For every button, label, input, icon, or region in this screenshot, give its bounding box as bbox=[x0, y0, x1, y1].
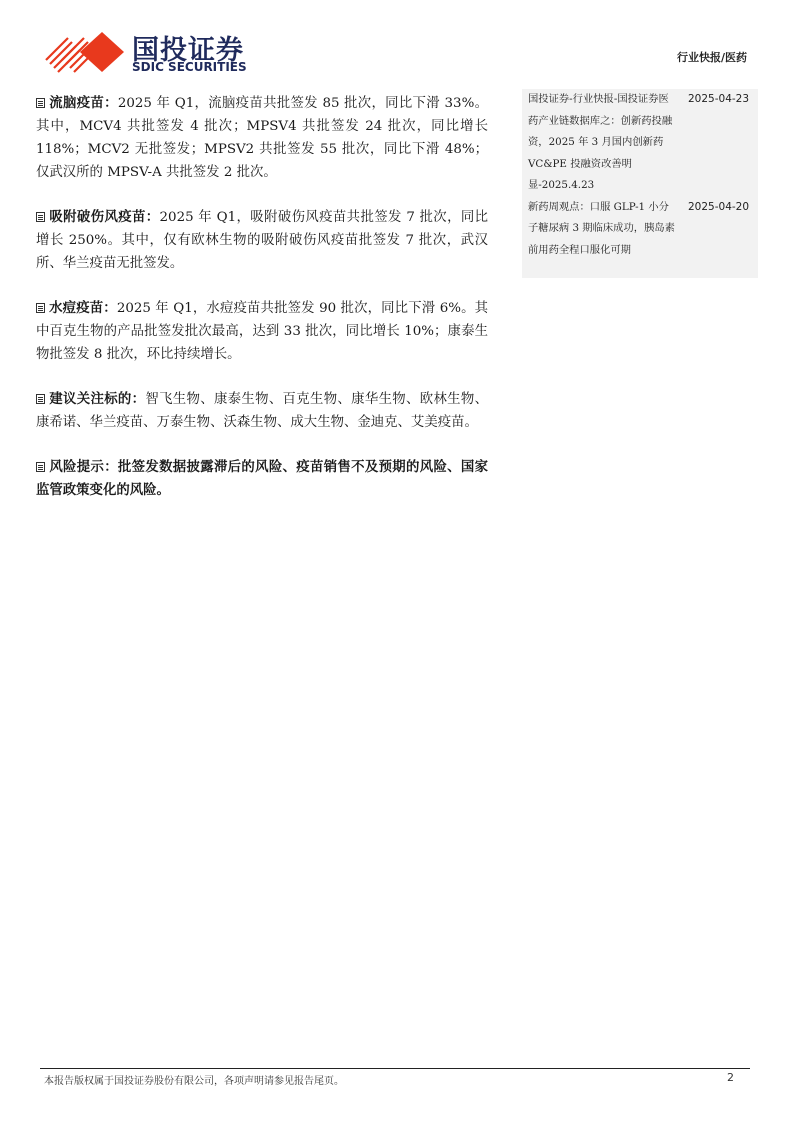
related-report-date: 2025-04-23 bbox=[688, 89, 749, 111]
list-bullet-icon bbox=[36, 462, 45, 472]
page-header: 国投证券 SDIC SECURITIES 行业快报/医药 bbox=[0, 0, 793, 85]
footer-divider bbox=[40, 1068, 750, 1069]
paragraph-lead: 风险提示： bbox=[49, 459, 118, 475]
company-logo: 国投证券 SDIC SECURITIES bbox=[44, 30, 264, 76]
related-report-title[interactable]: 国投证券-行业快报-国投证券医药产业链数据库之：创新药投融资，2025 年 3 … bbox=[528, 89, 678, 197]
footer-disclaimer: 本报告版权属于国投证券股份有限公司，各项声明请参见报告尾页。 bbox=[44, 1072, 344, 1087]
paragraph-tetanus: 吸附破伤风疫苗：2025 年 Q1，吸附破伤风疫苗共批签发 7 批次，同比增长 … bbox=[36, 206, 488, 275]
related-report-date: 2025-04-20 bbox=[688, 197, 749, 219]
related-report-title[interactable]: 新药周观点：口服 GLP-1 小分子糖尿病 3 期临床成功，胰岛素前用药全程口服… bbox=[528, 197, 678, 262]
related-report-item[interactable]: 国投证券-行业快报-国投证券医药产业链数据库之：创新药投融资，2025 年 3 … bbox=[522, 89, 758, 197]
paragraph-lead: 流脑疫苗： bbox=[49, 95, 118, 111]
page-number: 2 bbox=[727, 1071, 734, 1084]
list-bullet-icon bbox=[36, 98, 45, 108]
paragraph-risk-warning: 风险提示：批签发数据披露滞后的风险、疫苗销售不及预期的风险、国家监管政策变化的风… bbox=[36, 456, 488, 502]
paragraph-lead: 建议关注标的： bbox=[49, 391, 145, 407]
list-bullet-icon bbox=[36, 394, 45, 404]
logo-english-name: SDIC SECURITIES bbox=[132, 60, 247, 74]
list-bullet-icon bbox=[36, 212, 45, 222]
report-type-tag: 行业快报/医药 bbox=[677, 49, 747, 65]
related-report-item[interactable]: 新药周观点：口服 GLP-1 小分子糖尿病 3 期临床成功，胰岛素前用药全程口服… bbox=[522, 197, 758, 262]
paragraph-varicella: 水痘疫苗：2025 年 Q1，水痘疫苗共批签发 90 批次，同比下滑 6%。其中… bbox=[36, 297, 488, 366]
paragraph-recommended-stocks: 建议关注标的：智飞生物、康泰生物、百克生物、康华生物、欧林生物、康希诺、华兰疫苗… bbox=[36, 388, 488, 434]
paragraph-meningococcal: 流脑疫苗：2025 年 Q1，流脑疫苗共批签发 85 批次，同比下滑 33%。其… bbox=[36, 92, 488, 184]
related-reports-panel: 国投证券-行业快报-国投证券医药产业链数据库之：创新药投融资，2025 年 3 … bbox=[522, 89, 758, 278]
paragraph-lead: 吸附破伤风疫苗： bbox=[49, 209, 160, 225]
logo-mark-icon bbox=[44, 30, 126, 74]
paragraph-lead: 水痘疫苗： bbox=[49, 300, 117, 316]
list-bullet-icon bbox=[36, 303, 45, 313]
main-content: 流脑疫苗：2025 年 Q1，流脑疫苗共批签发 85 批次，同比下滑 33%。其… bbox=[36, 92, 488, 524]
